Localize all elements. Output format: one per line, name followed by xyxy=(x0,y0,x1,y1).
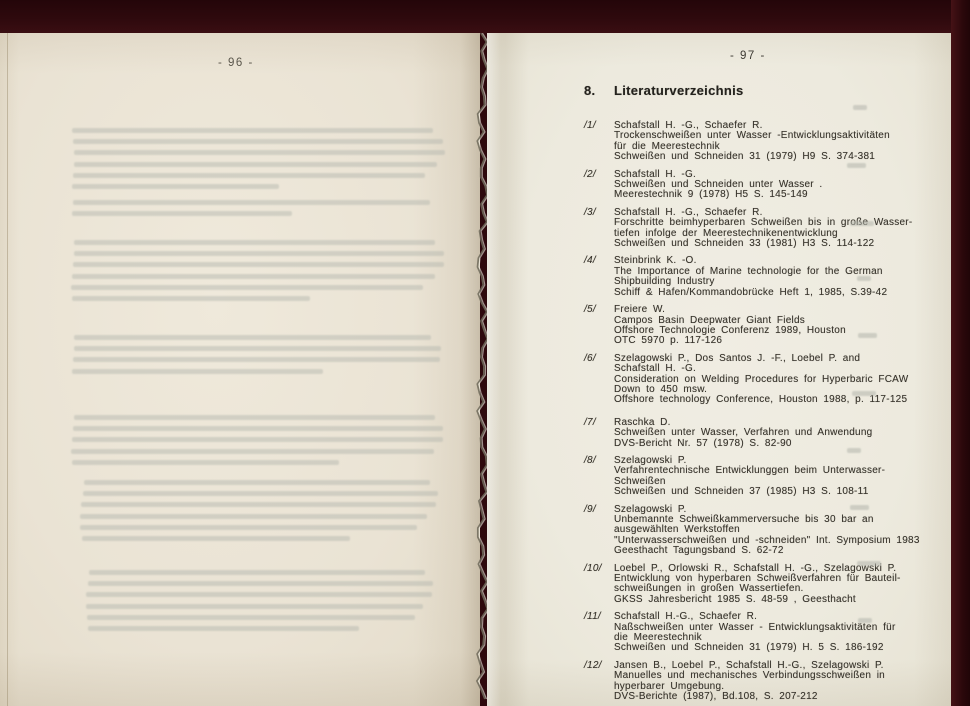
reference-text: Freiere W.Campos Basin Deepwater Giant F… xyxy=(614,305,924,347)
reference-id: /4/ xyxy=(584,256,614,298)
reference-id: /1/ xyxy=(584,121,614,163)
reference-id: /10/ xyxy=(584,564,614,606)
reference-entry: /9/Szelagowski P.Unbemannte Schweißkamme… xyxy=(584,505,924,557)
reference-text: Schafstall H.-G., Schaefer R.Naßschweiße… xyxy=(614,612,924,654)
reference-line: Meerestechnik 9 (1978) H5 S. 145-149 xyxy=(614,190,924,200)
section-heading: 8. Literaturverzeichnis xyxy=(584,83,744,98)
bleedthrough-line xyxy=(71,285,423,290)
reference-id: /11/ xyxy=(584,612,614,654)
bleedthrough-mark xyxy=(858,333,877,338)
reference-text: Schafstall H. -G., Schaefer R.Trockensch… xyxy=(614,121,924,163)
bleedthrough-line xyxy=(73,139,443,144)
reference-text: Schafstall H. -G., Schaefer R.Forschritt… xyxy=(614,208,924,250)
bleedthrough-line xyxy=(73,426,443,431)
reference-entry: /4/Steinbrink K. -O.The Importance of Ma… xyxy=(584,256,924,298)
reference-id: /12/ xyxy=(584,661,614,703)
bleedthrough-line xyxy=(84,480,430,485)
reference-line: GKSS Jahresbericht 1985 S. 48-59 , Geest… xyxy=(614,595,924,605)
reference-id: /8/ xyxy=(584,456,614,498)
reference-id: /7/ xyxy=(584,418,614,449)
page-number-97: - 97 - xyxy=(730,50,766,62)
reference-line: Schweißen und Schneiden 31 (1979) H9 S. … xyxy=(614,152,924,162)
scan-border-top xyxy=(0,0,970,33)
bleedthrough-mark xyxy=(857,561,881,566)
reference-line: Freiere W. xyxy=(614,305,924,315)
bleedthrough-line xyxy=(74,346,441,351)
reference-text: Szelagowski P.Verfahrentechnische Entwic… xyxy=(614,456,924,498)
reference-entry: /10/Loebel P., Orlowski R., Schafstall H… xyxy=(584,564,924,606)
bleedthrough-line xyxy=(83,491,438,496)
reference-text: Schafstall H. -G.Schweißen und Schneiden… xyxy=(614,170,924,201)
section-number: 8. xyxy=(584,83,614,98)
reference-entry: /7/Raschka D.Schweißen unter Wasser, Ver… xyxy=(584,418,924,449)
bleedthrough-line xyxy=(80,514,427,519)
scan-border-right xyxy=(951,0,970,706)
bleedthrough-line xyxy=(72,460,339,465)
reference-line: DVS-Bericht Nr. 57 (1978) S. 82-90 xyxy=(614,439,924,449)
bleedthrough-mark xyxy=(857,276,871,281)
bleedthrough-line xyxy=(82,536,350,541)
bleedthrough-mark xyxy=(847,163,866,168)
reference-entry: /11/Schafstall H.-G., Schaefer R.Naßschw… xyxy=(584,612,924,654)
reference-entry: /3/Schafstall H. -G., Schaefer R.Forschr… xyxy=(584,208,924,250)
bleedthrough-line xyxy=(73,173,425,178)
reference-entry: /5/Freiere W.Campos Basin Deepwater Gian… xyxy=(584,305,924,347)
reference-id: /6/ xyxy=(584,354,614,406)
bleedthrough-line xyxy=(72,369,323,374)
reference-text: Szelagowski P.Unbemannte Schweißkammerve… xyxy=(614,505,924,557)
bleedthrough-line xyxy=(74,415,435,420)
reference-line: Offshore technology Conference, Houston … xyxy=(614,395,924,405)
reference-id: /9/ xyxy=(584,505,614,557)
page-number-96: - 96 - xyxy=(218,57,254,69)
page-edge-line xyxy=(7,33,8,706)
bleedthrough-line xyxy=(73,262,444,267)
bleedthrough-line xyxy=(74,240,435,245)
page-97: - 97 - 8. Literaturverzeichnis /1/Schafs… xyxy=(487,33,951,706)
bleedthrough-mark xyxy=(852,391,876,396)
reference-line: Geesthacht Tagungsband S. 62-72 xyxy=(614,546,924,556)
bleedthrough-line xyxy=(72,128,433,133)
scanned-book-spread: - 96 - - 97 - 8. Literaturverzeichnis /1… xyxy=(0,0,970,706)
bleedthrough-line xyxy=(88,581,433,586)
section-title: Literaturverzeichnis xyxy=(614,83,744,98)
reference-text: Loebel P., Orlowski R., Schafstall H. -G… xyxy=(614,564,924,606)
reference-entry: /12/Jansen B., Loebel P., Schafstall H.-… xyxy=(584,661,924,703)
bleedthrough-line xyxy=(89,570,425,575)
bleedthrough-line xyxy=(72,274,435,279)
reference-id: /5/ xyxy=(584,305,614,347)
bleedthrough-mark xyxy=(850,505,869,510)
reference-line: DVS-Berichte (1987), Bd.108, S. 207-212 xyxy=(614,692,924,702)
reference-id: /2/ xyxy=(584,170,614,201)
bleedthrough-mark xyxy=(858,618,872,623)
bleedthrough-line xyxy=(87,615,415,620)
reference-id: /3/ xyxy=(584,208,614,250)
bleedthrough-mark xyxy=(847,448,861,453)
bleedthrough-line xyxy=(81,502,436,507)
reference-line: Schweißen und Schneiden 37 (1985) H3 S. … xyxy=(614,487,924,497)
reference-line: Schiff & Hafen/Kommandobrücke Heft 1, 19… xyxy=(614,288,924,298)
bleedthrough-line xyxy=(72,296,310,301)
reference-entry: /8/Szelagowski P.Verfahrentechnische Ent… xyxy=(584,456,924,498)
bleedthrough-line xyxy=(72,437,443,442)
reference-line: Schafstall H. -G. xyxy=(614,364,924,374)
bleedthrough-line xyxy=(86,604,423,609)
bleedthrough-line xyxy=(74,162,437,167)
bleedthrough-line xyxy=(88,626,359,631)
reference-line: Schweißen unter Wasser, Verfahren und An… xyxy=(614,428,924,438)
bleedthrough-line xyxy=(86,592,432,597)
reference-entry: /2/Schafstall H. -G.Schweißen und Schnei… xyxy=(584,170,924,201)
reference-line: Schweißen und Schneiden 33 (1981) H3 S. … xyxy=(614,239,924,249)
bleedthrough-mark xyxy=(850,221,874,226)
bleedthrough-line xyxy=(80,525,417,530)
bleedthrough-line xyxy=(73,357,440,362)
bleedthrough-line xyxy=(74,335,431,340)
bleedthrough-line xyxy=(74,150,445,155)
reference-text: Steinbrink K. -O.The Importance of Marin… xyxy=(614,256,924,298)
bleedthrough-line xyxy=(72,211,292,216)
bleedthrough-mark xyxy=(853,105,867,110)
reference-text: Raschka D.Schweißen unter Wasser, Verfah… xyxy=(614,418,924,449)
page-96: - 96 - xyxy=(0,33,480,706)
bleedthrough-line xyxy=(74,251,444,256)
bleedthrough-line xyxy=(71,449,434,454)
bleedthrough-line xyxy=(73,200,430,205)
reference-list: /1/Schafstall H. -G., Schaefer R.Trocken… xyxy=(584,121,924,706)
reference-entry: /6/Szelagowski P., Dos Santos J. -F., Lo… xyxy=(584,354,924,406)
reference-text: Szelagowski P., Dos Santos J. -F., Loebe… xyxy=(614,354,924,406)
reference-text: Jansen B., Loebel P., Schafstall H.-G., … xyxy=(614,661,924,703)
reference-entry: /1/Schafstall H. -G., Schaefer R.Trocken… xyxy=(584,121,924,163)
reference-line: OTC 5970 p. 117-126 xyxy=(614,336,924,346)
reference-line: Schweißen und Schneiden 31 (1979) H. 5 S… xyxy=(614,643,924,653)
bleedthrough-line xyxy=(72,184,279,189)
